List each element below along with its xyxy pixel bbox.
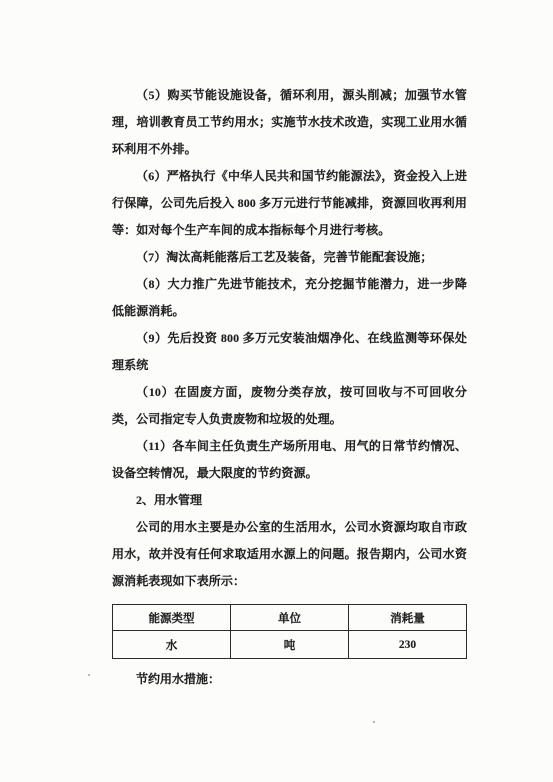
water-usage-paragraph: 公司的用水主要是办公室的生活用水，公司水资源均取自市政用水，故并没有任何求取适用… (112, 514, 467, 595)
scan-speck (88, 674, 90, 676)
table-cell-consumption: 230 (349, 631, 467, 659)
paragraph-item-5: （5）购买节能设施设备，循环利用，源头削减；加强节水管理，培训教育员工节约用水；… (112, 82, 467, 163)
paragraph-item-7: （7）淘汰高耗能落后工艺及装备，完善节能配套设施； (112, 244, 467, 271)
paragraph-item-9: （9）先后投资 800 多万元安装油烟净化、在线监测等环保处理系统 (112, 325, 467, 379)
table-row: 水 吨 230 (113, 631, 467, 659)
table-header-row: 能源类型 单位 消耗量 (113, 605, 467, 631)
paragraph-item-11: （11）各车间主任负责生产场所用电、用气的日常节约情况、设备空转情况，最大限度的… (112, 433, 467, 487)
water-saving-measures-label: 节约用水措施： (112, 666, 467, 693)
table-header-energy-type: 能源类型 (113, 605, 231, 631)
section-heading-water-management: 2、用水管理 (112, 487, 467, 514)
scanned-document-page: （5）购买节能设施设备，循环利用，源头削减；加强节水管理，培训教育员工节约用水；… (0, 0, 553, 782)
table-header-consumption: 消耗量 (349, 605, 467, 631)
paragraph-item-10: （10）在固废方面，废物分类存放，按可回收与不可回收分类，公司指定专人负责废物和… (112, 379, 467, 433)
paragraph-item-8: （8）大力推广先进节能技术，充分挖掘节能潜力，进一步降低能源消耗。 (112, 271, 467, 325)
water-consumption-table: 能源类型 单位 消耗量 水 吨 230 (112, 604, 467, 659)
document-content: （5）购买节能设施设备，循环利用，源头削减；加强节水管理，培训教育员工节约用水；… (112, 82, 467, 693)
paragraph-item-6: （6）严格执行《中华人民共和国节约能源法》，资金投入上进行保障，公司先后投入 8… (112, 163, 467, 244)
table-cell-energy-type: 水 (113, 631, 231, 659)
table-header-unit: 单位 (231, 605, 349, 631)
table-cell-unit: 吨 (231, 631, 349, 659)
scan-speck (373, 721, 375, 723)
